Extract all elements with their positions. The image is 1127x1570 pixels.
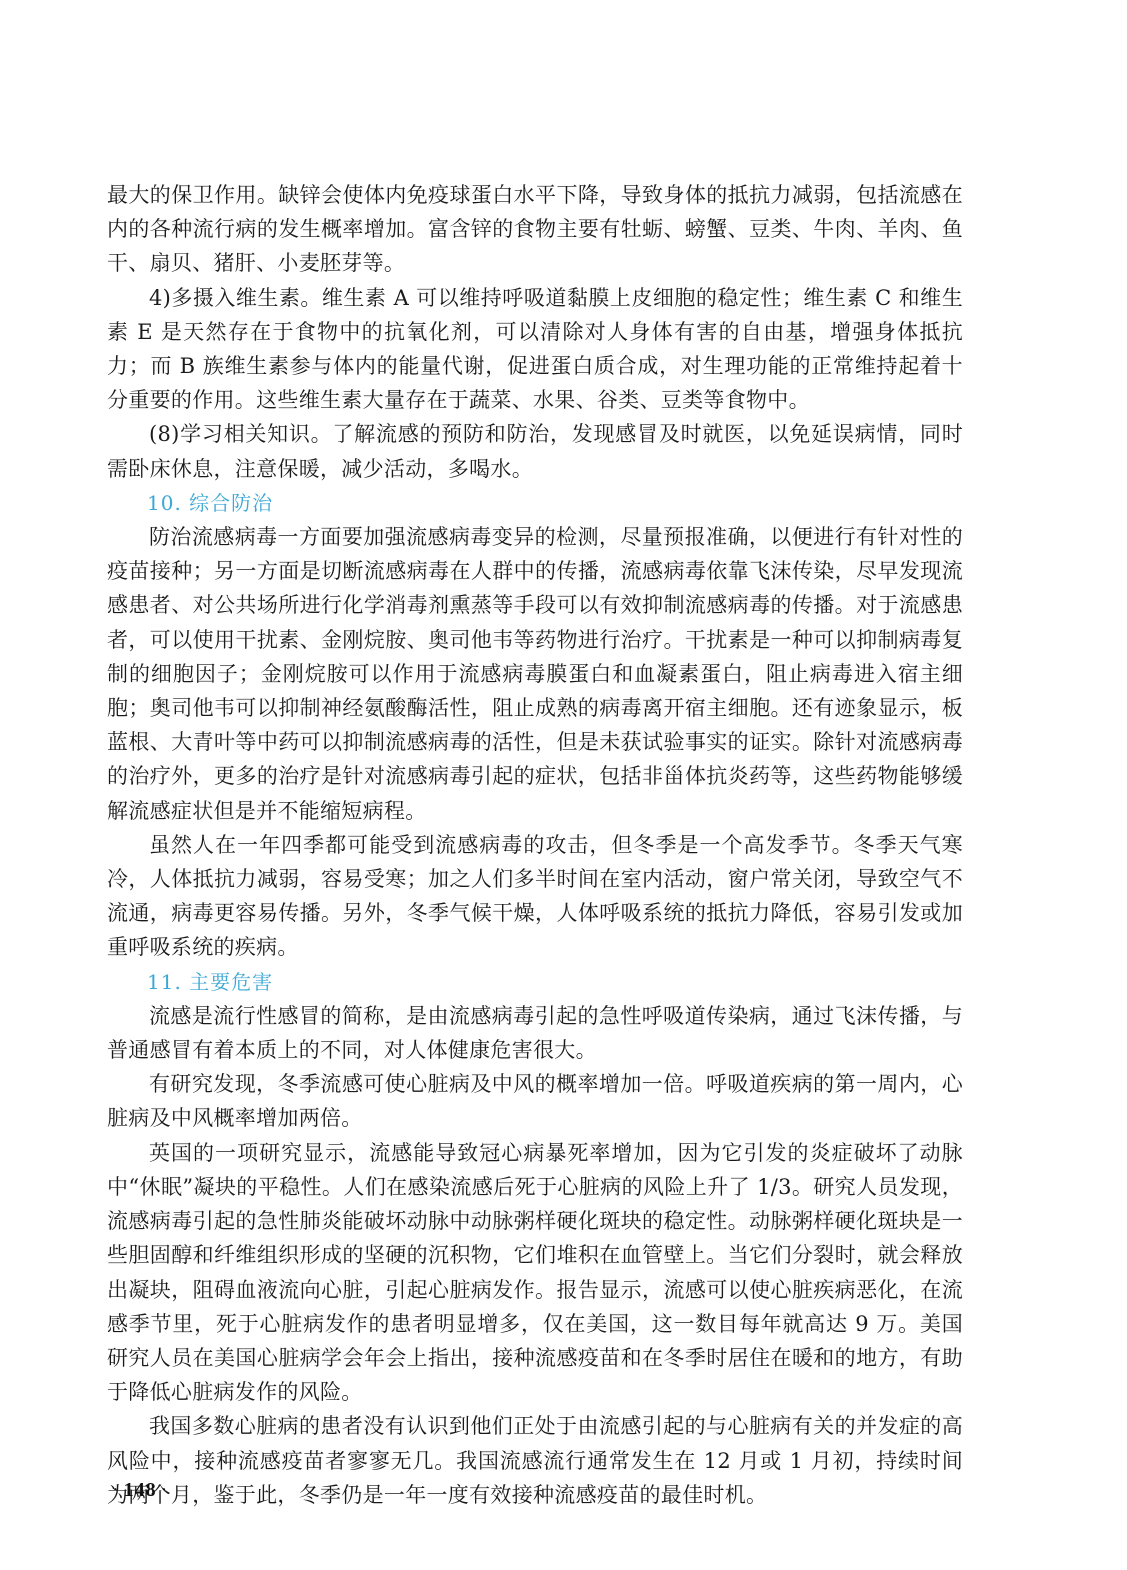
paragraph-vitamins: 4)多摄入维生素。维生素 A 可以维持呼吸道黏膜上皮细胞的稳定性；维生素 C 和… — [107, 281, 963, 418]
paragraph-uk-study: 英国的一项研究显示，流感能导致冠心病暴死率增加，因为它引发的炎症破坏了动脉中“休… — [107, 1136, 963, 1410]
paragraph-heart-stroke-risk: 有研究发现，冬季流感可使心脏病及中风的概率增加一倍。呼吸道疾病的第一周内，心脏病… — [107, 1067, 963, 1135]
page-number-value: 148 — [124, 1479, 157, 1501]
page-number: ·148· — [108, 1479, 172, 1502]
paragraph-learn-knowledge: (8)学习相关知识。了解流感的预防和防治，发现感冒及时就医，以免延误病情，同时需… — [107, 417, 963, 485]
paragraph-prevention-treatment: 防治流感病毒一方面要加强流感病毒变异的检测，尽量预报准确，以便进行有针对性的疫苗… — [107, 520, 963, 828]
section-heading-comprehensive-prevention: 10. 综合防治 — [107, 486, 963, 520]
page-number-dot-right: · — [157, 1479, 173, 1501]
paragraph-flu-definition: 流感是流行性感冒的简称，是由流感病毒引起的急性呼吸道传染病，通过飞沫传播，与普通… — [107, 999, 963, 1067]
document-body: 最大的保卫作用。缺锌会使体内免疫球蛋白水平下降，导致身体的抵抗力减弱，包括流感在… — [107, 178, 963, 1512]
paragraph-china-vaccination: 我国多数心脏病的患者没有认识到他们正处于由流感引起的与心脏病有关的并发症的高风险… — [107, 1409, 963, 1512]
page-number-dot-left: · — [108, 1479, 124, 1501]
paragraph-winter-season: 虽然人在一年四季都可能受到流感病毒的攻击，但冬季是一个高发季节。冬季天气寒冷，人… — [107, 828, 963, 965]
paragraph-continuation: 最大的保卫作用。缺锌会使体内免疫球蛋白水平下降，导致身体的抵抗力减弱，包括流感在… — [107, 178, 963, 281]
section-heading-main-hazards: 11. 主要危害 — [107, 965, 963, 999]
